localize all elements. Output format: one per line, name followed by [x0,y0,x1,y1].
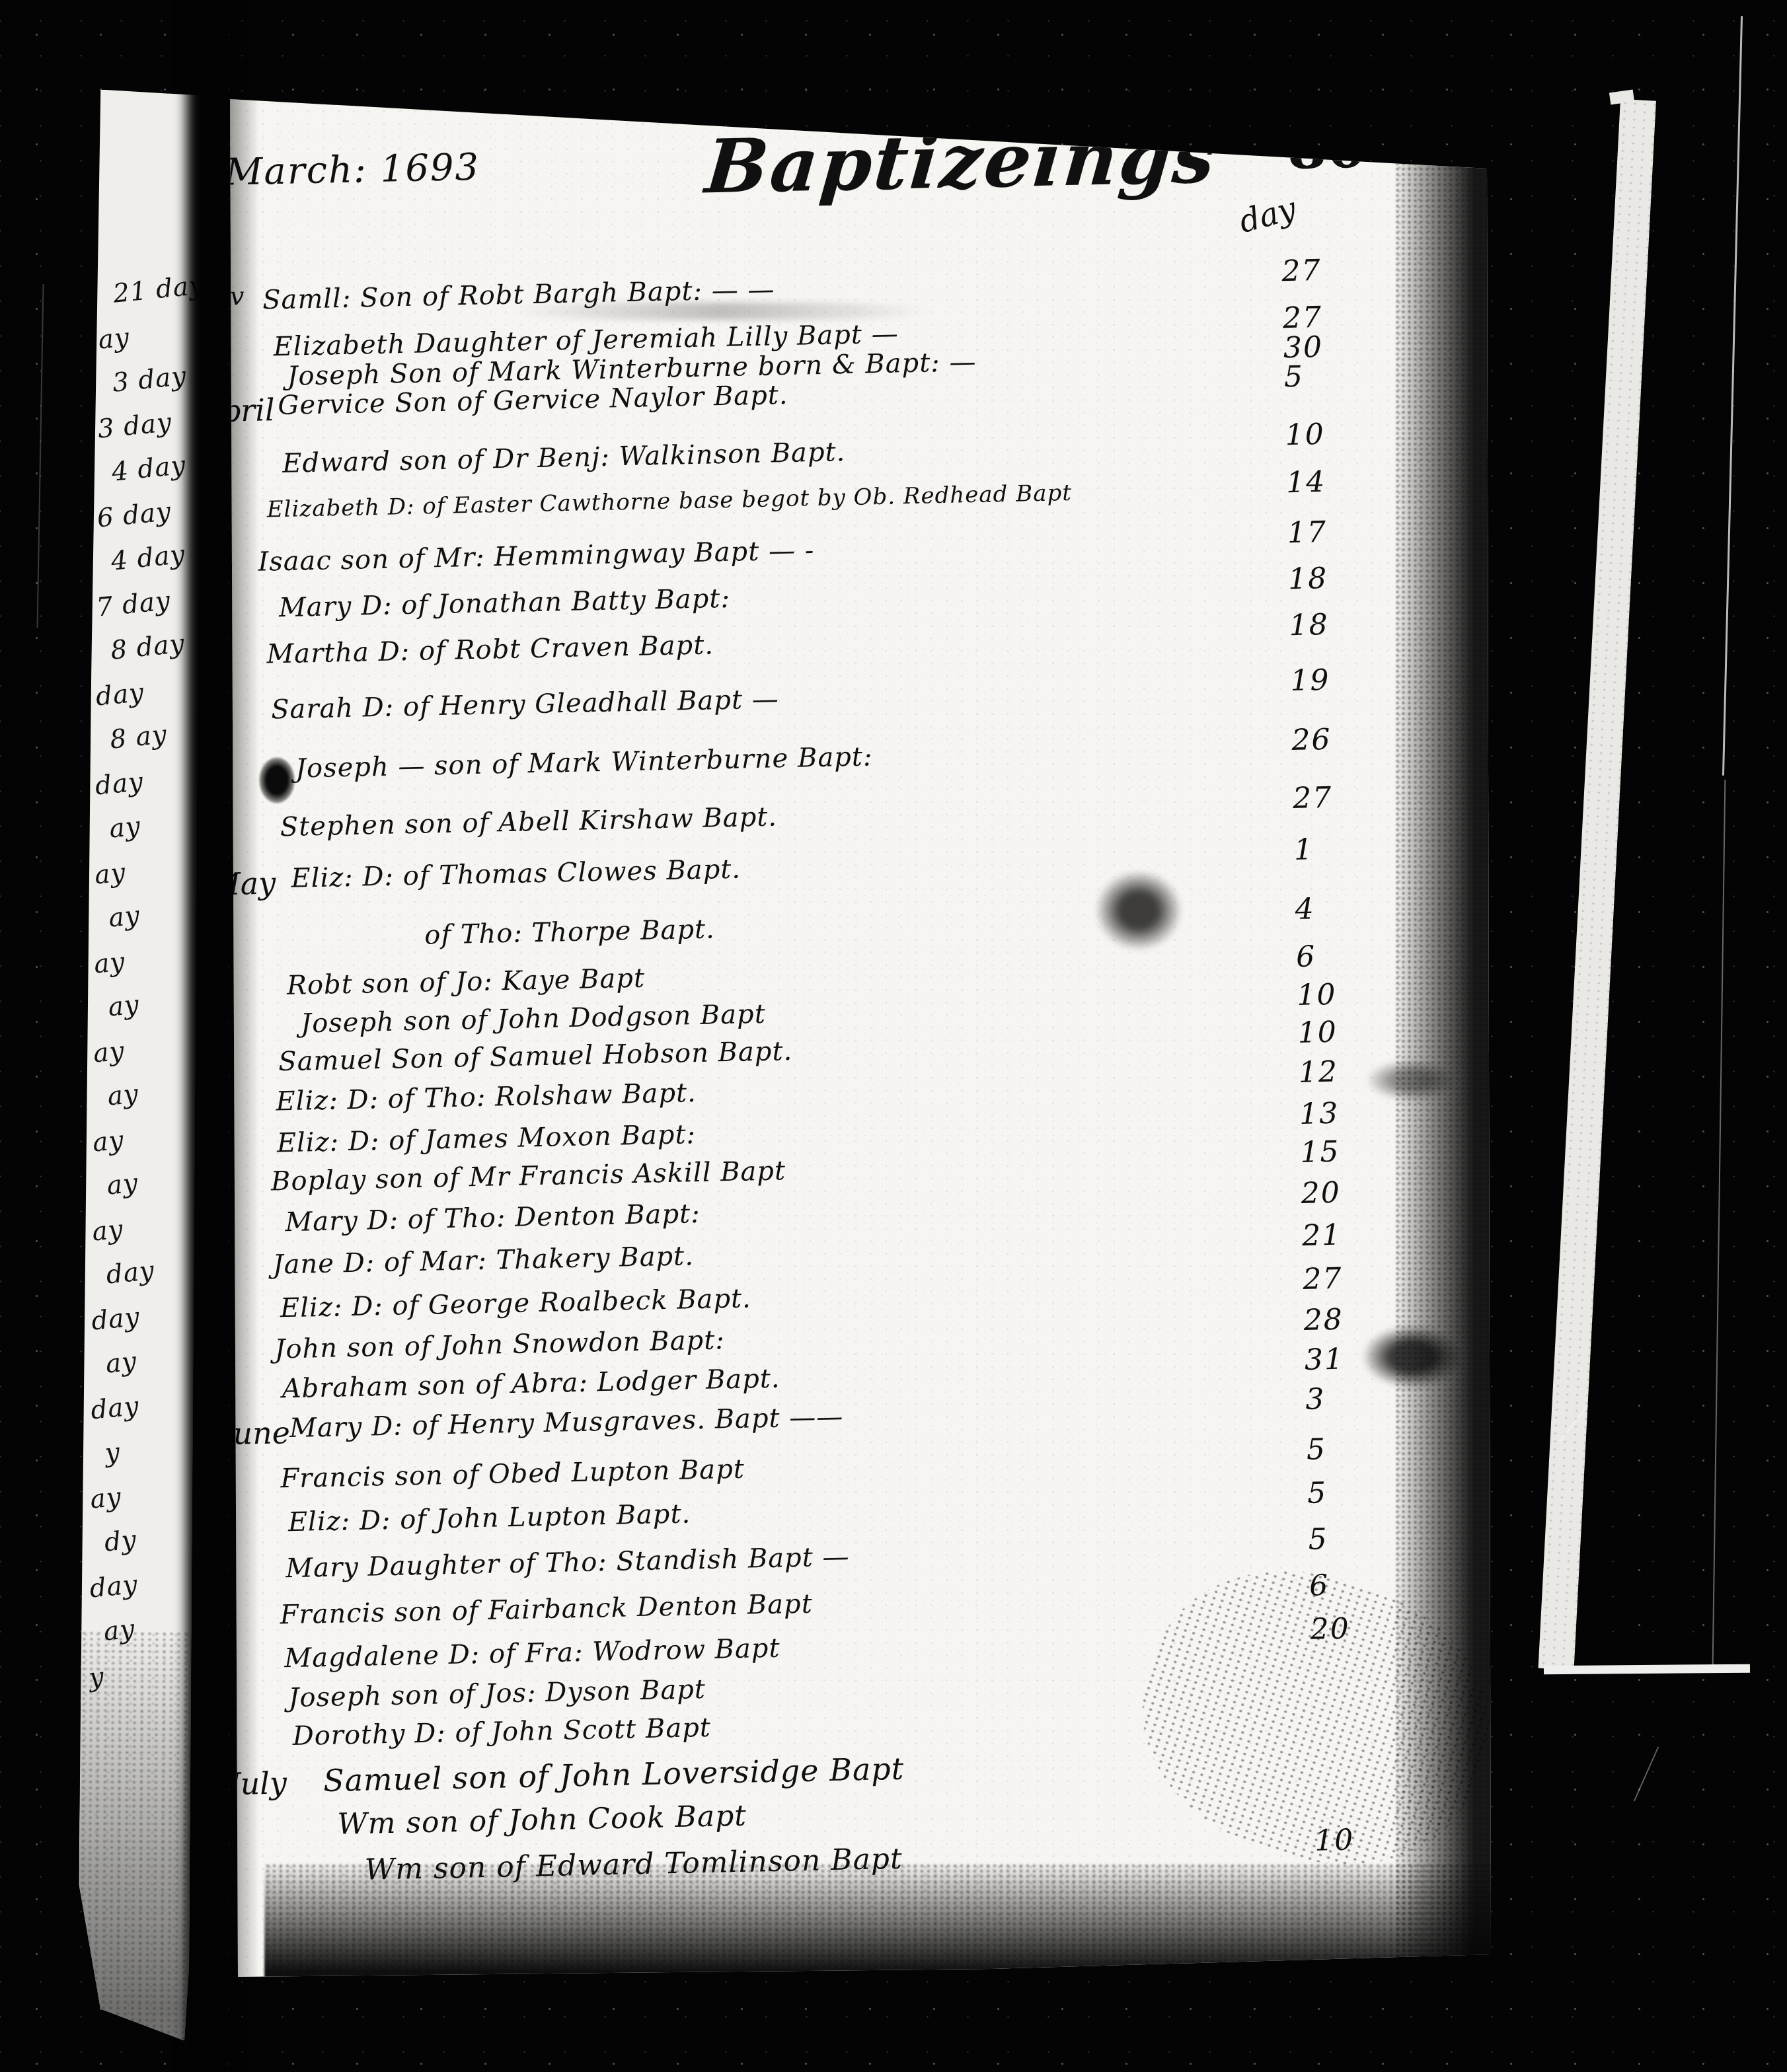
entry-text: Robt son of Jo: Kaye Bapt [286,963,645,1001]
scanned-register-photo: { "colors":{"ink":"#101010","paper":"#f7… [0,0,1787,2072]
facing-page-day-column: 21 day ay 3 day 3 day 4 day 6 day 4 day … [80,276,201,1703]
entry-day-number: 10 [1297,978,1337,1012]
entry-text: Edward son of Dr Benj: Walkinson Bapt. [282,437,846,479]
entry-day-number: 26 [1291,723,1332,757]
entry-day-number: 21 [1302,1218,1342,1253]
book-gutter-shadow [186,0,235,2072]
entry-day-number: 5 [1306,1432,1326,1467]
entry-day-number: 13 [1299,1097,1340,1131]
entry-day-number: 27 [1303,1262,1343,1296]
entry-text: Stephen son of Abell Kirshaw Bapt. [280,801,777,842]
entry-day-number: 14 [1286,465,1326,499]
entry-day-number: 19 [1290,663,1330,698]
film-scratch [36,284,44,628]
next-page-edge-strip [1539,99,1656,1670]
ink-blot [259,757,295,803]
entry-day-number: 18 [1288,562,1328,596]
next-page-edge-foot [1544,1664,1750,1675]
entry-day-number: 5 [1308,1522,1328,1557]
entry-day-number: 20 [1301,1176,1341,1210]
entry-day-number: 3 [1305,1382,1326,1417]
paper-noise-texture [78,1630,192,2040]
entry-day-number: 17 [1287,515,1327,550]
entry-day-number: 5 [1283,360,1304,394]
page-bottom-edge-speckle [264,1863,1494,1989]
page-right-edge-speckle [1394,92,1494,1989]
film-scratch [1722,16,1743,776]
entry-day-number: 4 [1295,892,1315,926]
ink-smudge [1096,871,1182,950]
film-scratch [1712,780,1726,1665]
faint-smear [509,303,932,320]
entry-text: Francis son of Obed Lupton Bapt [280,1454,745,1495]
entry-day-number: 10 [1297,1016,1338,1050]
entry-day-number: 12 [1298,1055,1338,1090]
facing-page-edge: 21 day ay 3 day 3 day 4 day 6 day 4 day … [78,89,203,2040]
entry-day-number: 28 [1303,1303,1344,1337]
entry-day-number: 18 [1289,608,1329,642]
entry-day-number: 10 [1285,418,1325,452]
entry-day-number: 5 [1307,1476,1328,1510]
entry-text: Eliz: D: of Thomas Clowes Bapt. [291,854,741,894]
entry-day-number: 31 [1305,1343,1345,1377]
register-page: March: 1693 Baptizeings 80 day v Samll: … [225,92,1494,1989]
entry-day-number: 27 [1293,781,1333,815]
entry-day-number: 6 [1296,940,1316,974]
film-scratch [1634,1746,1659,1801]
entry-text: Isaac son of Mr: Hemmingway Bapt — - [258,535,815,577]
entry-day-number: 15 [1300,1135,1340,1169]
entry-text: Joseph — son of Mark Winterburne Bapt: [295,741,873,784]
entry-day-number: 27 [1281,254,1322,288]
entry-text: of Tho: Thorpe Bapt. [424,914,715,950]
entry-text: Sarah D: of Henry Gleadhall Bapt — [271,684,780,725]
entry-day-number: 1 [1293,832,1314,867]
